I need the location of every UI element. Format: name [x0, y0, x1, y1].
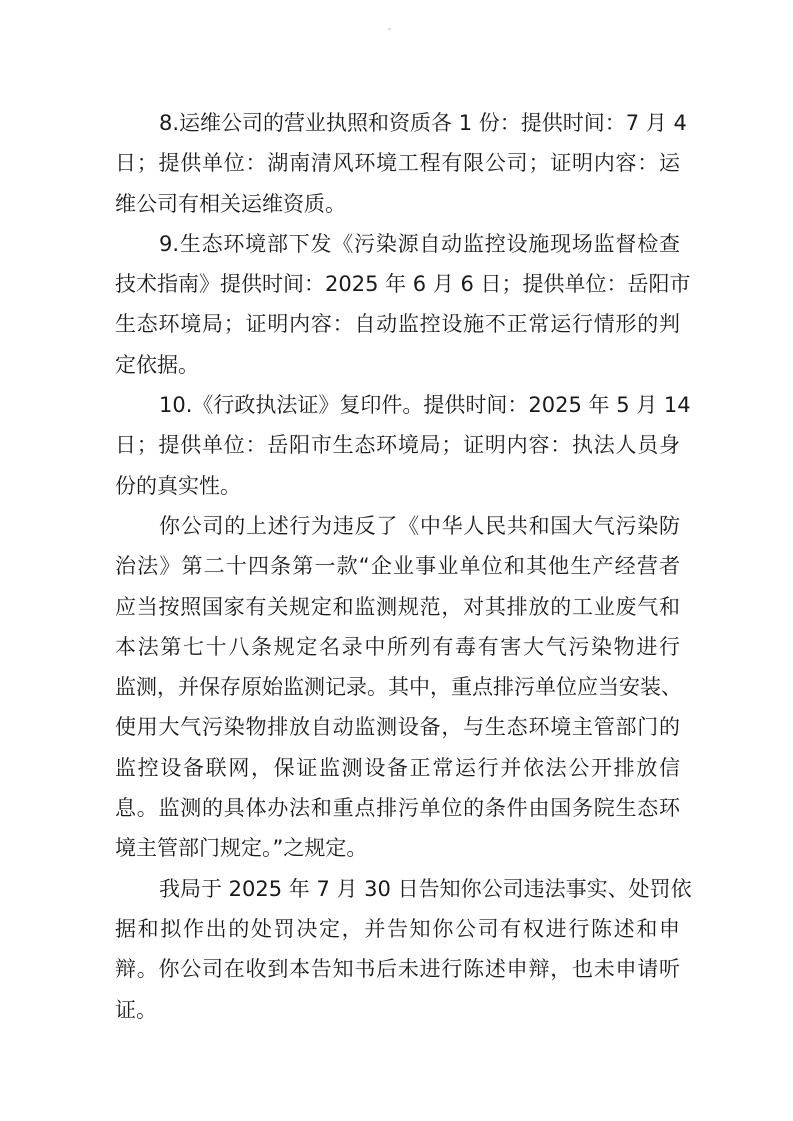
text-line: 证。 — [115, 990, 680, 1030]
text-line: 境主管部门规定。”之规定。 — [115, 828, 680, 868]
text-line: 应当按照国家有关规定和监测规范，对其排放的工业废气和 — [115, 587, 680, 627]
text-line: 息。监测的具体办法和重点排污单位的条件由国务院生态环 — [115, 788, 680, 828]
text-line: 技术指南》提供时间：2025 年 6 月 6 日；提供单位：岳阳市 — [115, 264, 680, 304]
text-line: 生态环境局；证明内容：自动监控设施不正常运行情形的判 — [115, 304, 680, 344]
text-line: 治法》第二十四条第一款“企业事业单位和其他生产经营者 — [115, 546, 680, 586]
text-line: 8.运维公司的营业执照和资质各 1 份：提供时间：7 月 4 — [115, 103, 680, 143]
text-line: 你公司的上述行为违反了《中华人民共和国大气污染防 — [115, 506, 680, 546]
paragraph-evidence-9: 9.生态环境部下发《污染源自动监控设施现场监督检查 技术指南》提供时间：2025… — [115, 224, 680, 385]
text-line: 据和拟作出的处罚决定，并告知你公司有权进行陈述和申 — [115, 909, 680, 949]
text-line: 监控设备联网，保证监测设备正常运行并依法公开排放信 — [115, 748, 680, 788]
text-line: 使用大气污染物排放自动监测设备，与生态环境主管部门的 — [115, 707, 680, 747]
text-line: 9.生态环境部下发《污染源自动监控设施现场监督检查 — [115, 224, 680, 264]
paragraph-violation-statement: 你公司的上述行为违反了《中华人民共和国大气污染防 治法》第二十四条第一款“企业事… — [115, 506, 680, 869]
document-page: 8.运维公司的营业执照和资质各 1 份：提供时间：7 月 4 日；提供单位：湖南… — [0, 0, 793, 1121]
paragraph-notification-statement: 我局于 2025 年 7 月 30 日告知你公司违法事实、处罚依 据和拟作出的处… — [115, 869, 680, 1030]
document-body: 8.运维公司的营业执照和资质各 1 份：提供时间：7 月 4 日；提供单位：湖南… — [115, 103, 680, 1030]
text-line: 定依据。 — [115, 345, 680, 385]
text-line: 份的真实性。 — [115, 466, 680, 506]
paragraph-evidence-10: 10.《行政执法证》复印件。提供时间：2025 年 5 月 14 日；提供单位：… — [115, 385, 680, 506]
text-line: 辩。你公司在收到本告知书后未进行陈述申辩，也未申请听 — [115, 949, 680, 989]
text-line: 10.《行政执法证》复印件。提供时间：2025 年 5 月 14 — [115, 385, 680, 425]
text-line: 日；提供单位：岳阳市生态环境局；证明内容：执法人员身 — [115, 425, 680, 465]
text-line: 本法第七十八条规定名录中所列有毒有害大气污染物进行 — [115, 627, 680, 667]
text-line: 监测，并保存原始监测记录。其中，重点排污单位应当安装、 — [115, 667, 680, 707]
text-line: 我局于 2025 年 7 月 30 日告知你公司违法事实、处罚依 — [115, 869, 680, 909]
text-line: 日；提供单位：湖南清风环境工程有限公司；证明内容：运 — [115, 143, 680, 183]
paragraph-evidence-8: 8.运维公司的营业执照和资质各 1 份：提供时间：7 月 4 日；提供单位：湖南… — [115, 103, 680, 224]
text-line: 维公司有相关运维资质。 — [115, 184, 680, 224]
scan-speck — [388, 28, 391, 30]
